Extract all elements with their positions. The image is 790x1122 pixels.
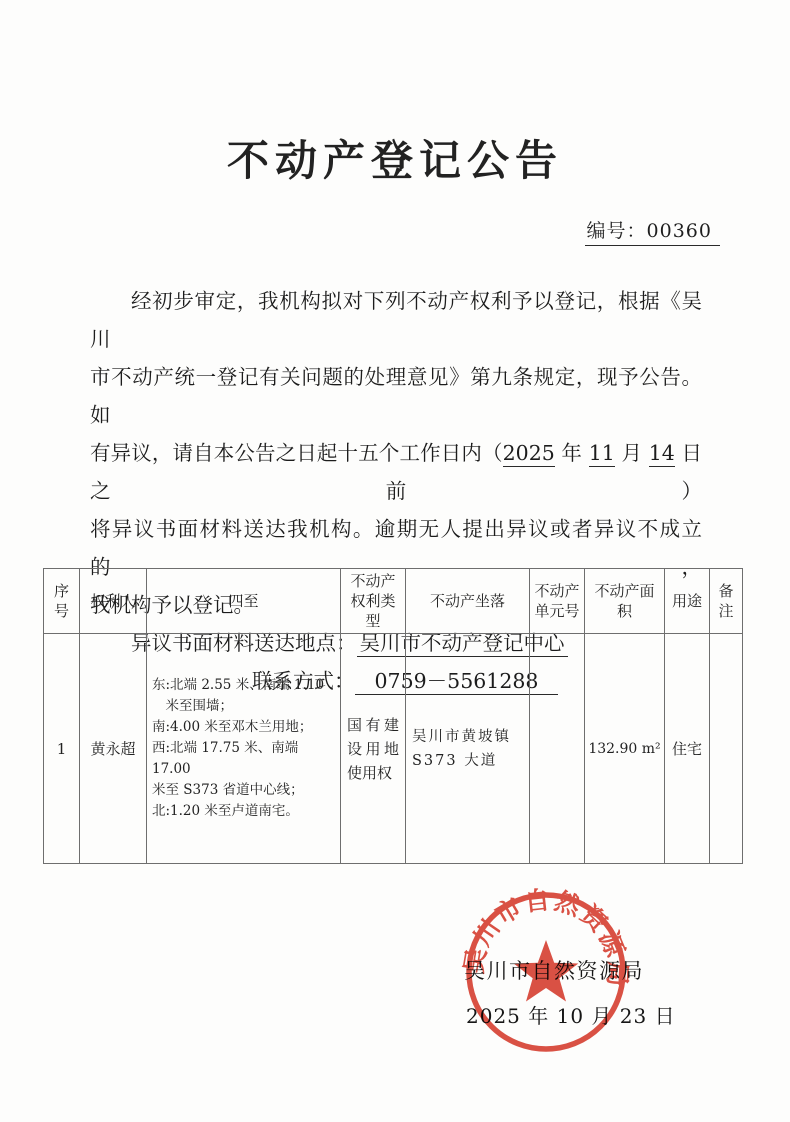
header-right-type: 不动产权利类型 <box>341 569 406 634</box>
registration-table: 序号 权利人 四至 不动产权利类型 不动产坐落 不动产单元号 不动产面积 用途 … <box>43 568 743 864</box>
cell-holder: 黄永超 <box>80 634 147 864</box>
cell-boundaries: 东:北端 2.55 米、南端 1.10 米至围墙； 南:4.00 米至邓木兰用地… <box>147 634 341 864</box>
deadline-month: 11 <box>589 441 615 467</box>
header-area: 不动产面积 <box>585 569 665 634</box>
deadline-year: 2025 <box>503 441 555 467</box>
header-usage: 用途 <box>665 569 710 634</box>
notice-page: 不动产登记公告 编号：00360 经初步审定，我机构拟对下列不动产权利予以登记，… <box>0 0 790 1122</box>
page-title: 不动产登记公告 <box>0 128 790 188</box>
table-header-row: 序号 权利人 四至 不动产权利类型 不动产坐落 不动产单元号 不动产面积 用途 … <box>44 569 743 634</box>
issue-date: 2025 年 10 月 23 日 <box>466 1000 676 1029</box>
cell-remark <box>710 634 743 864</box>
table-row: 1 黄永超 东:北端 2.55 米、南端 1.10 米至围墙； 南:4.00 米… <box>44 634 743 864</box>
notice-line-1: 经初步审定，我机构拟对下列不动产权利予以登记，根据《吴川 <box>90 282 702 358</box>
cell-unit-no <box>530 634 585 864</box>
deadline-day: 14 <box>649 441 675 467</box>
header-seq: 序号 <box>44 569 80 634</box>
header-remark: 备注 <box>710 569 743 634</box>
deadline-pre: 有异议，请自本公告之日起十五个工作日内（ <box>90 441 503 465</box>
header-location: 不动产坐落 <box>406 569 530 634</box>
cell-seq: 1 <box>44 634 80 864</box>
cell-usage: 住宅 <box>665 634 710 864</box>
cell-location: 吴川市黄坡镇 S373 大道 <box>406 634 530 864</box>
header-unit-no: 不动产单元号 <box>530 569 585 634</box>
month-unit: 月 <box>615 441 649 465</box>
doc-number-value: 编号：00360 <box>585 220 720 246</box>
issuer-name: 吴川市自然资源局 <box>464 955 644 985</box>
header-holder: 权利人 <box>80 569 147 634</box>
year-unit: 年 <box>555 441 589 465</box>
cell-right-type: 国有建设用地使用权 <box>341 634 406 864</box>
notice-line-2: 市不动产统一登记有关问题的处理意见》第九条规定，现予公告。如 <box>90 358 702 434</box>
doc-number: 编号：00360 <box>585 216 720 243</box>
cell-area: 132.90 m² <box>585 634 665 864</box>
header-boundaries: 四至 <box>147 569 341 634</box>
notice-line-3: 有异议，请自本公告之日起十五个工作日内（2025 年 11 月 14 日之前） <box>90 434 702 510</box>
